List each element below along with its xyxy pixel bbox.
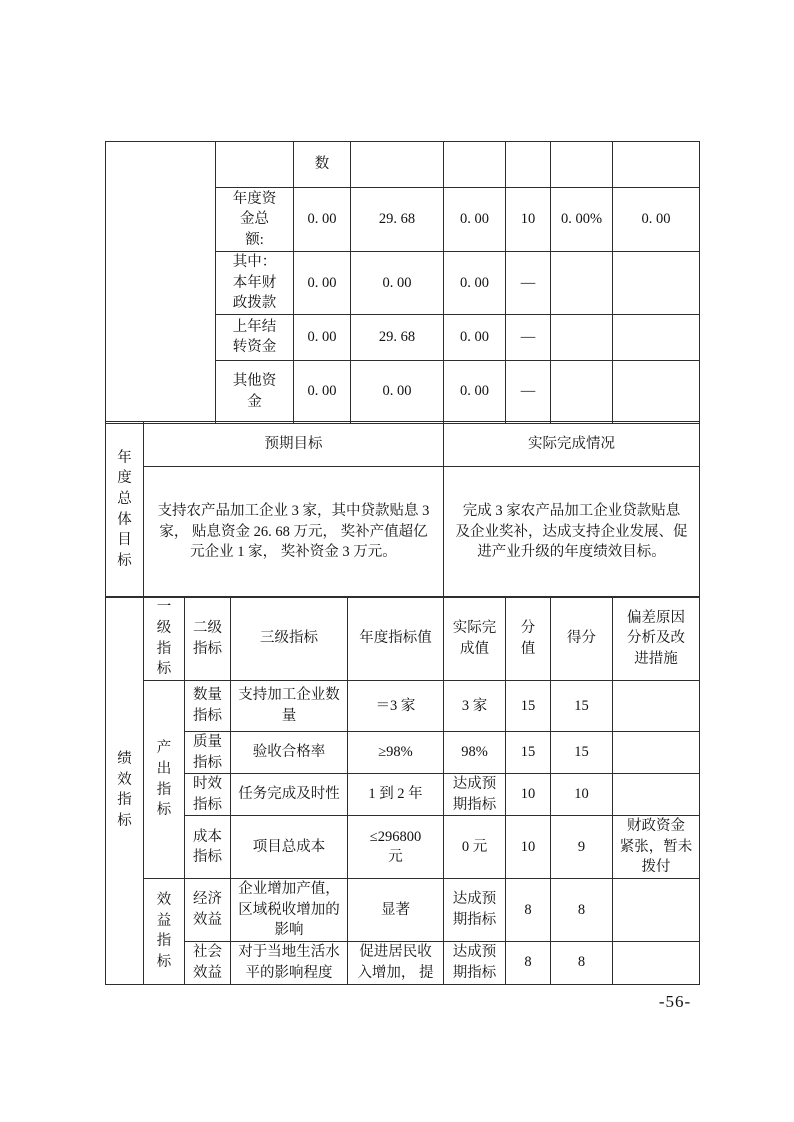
funding-value: — [506, 252, 551, 315]
empty-cell [351, 142, 444, 188]
empty-cell [551, 142, 613, 188]
performance-table: 绩 效 指 标 一 级 指 标 二级 指标 三级指标 年度指标值 实际完 成值 … [105, 596, 700, 985]
perf-deviation [613, 774, 700, 816]
perf-header-score: 得分 [551, 597, 613, 681]
perf-level2: 社会 效益 [185, 941, 231, 984]
actual-completion-text: 完成 3 家农产品加工企业贷款贴息 及企业奖补，达成支持企业发展、促 进产业升级… [444, 467, 700, 598]
table-row: 绩 效 指 标 一 级 指 标 二级 指标 三级指标 年度指标值 实际完 成值 … [106, 597, 700, 681]
table-row: 社会 效益 对于当地生活水 平的影响程度 促进居民收 入增加， 提 达成预 期指… [106, 941, 700, 984]
funding-spacer-cell [106, 142, 216, 424]
perf-target: ＝3 家 [348, 681, 444, 732]
perf-level3: 企业增加产值， 区域税收增加的 影响 [231, 879, 348, 942]
funding-row-label: 其中： 本年财 政拨款 [216, 252, 294, 315]
perf-header-points: 分 值 [506, 597, 551, 681]
funding-value [551, 360, 613, 423]
perf-header-level3: 三级指标 [231, 597, 348, 681]
expected-goal-text: 支持农产品加工企业 3 家，其中贷款贴息 3 家， 贴息资金 26. 68 万元… [144, 467, 444, 598]
perf-deviation [613, 941, 700, 984]
table-row: 年 度 总 体 目 标 预期目标 实际完成情况 [106, 422, 700, 467]
perf-header-actual: 实际完 成值 [444, 597, 506, 681]
funding-value: 0. 00 [351, 252, 444, 315]
perf-level2: 时效 指标 [185, 774, 231, 816]
expected-goal-header: 预期目标 [144, 422, 444, 467]
perf-actual: 98% [444, 732, 506, 774]
funding-value: 29. 68 [351, 188, 444, 252]
table-row: 质量 指标 验收合格率 ≥98% 98% 15 15 [106, 732, 700, 774]
perf-points: 8 [506, 879, 551, 942]
perf-deviation [613, 732, 700, 774]
table-row: 时效 指标 任务完成及时性 1 到 2 年 达成预 期指标 10 10 [106, 774, 700, 816]
funding-value: 0. 00 [444, 188, 506, 252]
funding-value: 0. 00 [351, 360, 444, 423]
perf-deviation [613, 879, 700, 942]
funding-row-label: 其他资 金 [216, 360, 294, 423]
funding-value [551, 314, 613, 360]
funding-header-tail-cell: 数 [294, 142, 351, 188]
perf-points: 10 [506, 774, 551, 816]
empty-cell [506, 142, 551, 188]
perf-target: 显著 [348, 879, 444, 942]
annual-goal-table: 年 度 总 体 目 标 预期目标 实际完成情况 支持农产品加工企业 3 家，其中… [105, 421, 700, 598]
table-row: 数 [106, 142, 700, 188]
table-row: 产 出 指 标 数量 指标 支持加工企业数 量 ＝3 家 3 家 15 15 [106, 681, 700, 732]
perf-level1-output: 产 出 指 标 [144, 681, 185, 879]
perf-actual: 达成预 期指标 [444, 774, 506, 816]
perf-level3: 项目总成本 [231, 816, 348, 879]
funding-value [551, 252, 613, 315]
perf-points: 15 [506, 732, 551, 774]
table-row: 成本 指标 项目总成本 ≤296800 元 0 元 10 9 财政资金 紧张，暂… [106, 816, 700, 879]
empty-cell [613, 142, 700, 188]
perf-target: ≥98% [348, 732, 444, 774]
perf-points: 10 [506, 816, 551, 879]
perf-target: ≤296800 元 [348, 816, 444, 879]
funding-value: 10 [506, 188, 551, 252]
funding-table: 数 年度资 金总 额: 0. 00 29. 68 0. 00 10 0. 00%… [105, 141, 700, 424]
document-page: 数 年度资 金总 额: 0. 00 29. 68 0. 00 10 0. 00%… [0, 0, 794, 1122]
funding-value: 0. 00 [444, 360, 506, 423]
funding-value: 0. 00 [294, 188, 351, 252]
funding-value: 29. 68 [351, 314, 444, 360]
perf-level3: 验收合格率 [231, 732, 348, 774]
table-row: 支持农产品加工企业 3 家，其中贷款贴息 3 家， 贴息资金 26. 68 万元… [106, 467, 700, 598]
funding-row-label: 上年结 转资金 [216, 314, 294, 360]
funding-value [613, 252, 700, 315]
perf-score: 10 [551, 774, 613, 816]
perf-level3: 支持加工企业数 量 [231, 681, 348, 732]
perf-header-level1: 一 级 指 标 [144, 597, 185, 681]
perf-level2: 经济 效益 [185, 879, 231, 942]
perf-actual: 达成预 期指标 [444, 941, 506, 984]
actual-completion-header: 实际完成情况 [444, 422, 700, 467]
perf-deviation [613, 681, 700, 732]
funding-value: 0. 00 [294, 252, 351, 315]
perf-level2: 质量 指标 [185, 732, 231, 774]
perf-header-deviation: 偏差原因 分析及改 进措施 [613, 597, 700, 681]
funding-value [613, 314, 700, 360]
perf-score: 8 [551, 941, 613, 984]
funding-value: 0. 00 [613, 188, 700, 252]
annual-goal-label: 年 度 总 体 目 标 [106, 422, 144, 598]
perf-header-target: 年度指标值 [348, 597, 444, 681]
perf-score: 15 [551, 732, 613, 774]
perf-level2: 数量 指标 [185, 681, 231, 732]
funding-value [613, 360, 700, 423]
perf-deviation: 财政资金 紧张，暂未 拨付 [613, 816, 700, 879]
empty-cell [444, 142, 506, 188]
perf-points: 8 [506, 941, 551, 984]
funding-value: — [506, 360, 551, 423]
perf-header-level2: 二级 指标 [185, 597, 231, 681]
perf-level1-benefit: 效 益 指 标 [144, 879, 185, 985]
perf-actual: 达成预 期指标 [444, 879, 506, 942]
funding-row-label: 年度资 金总 额: [216, 188, 294, 252]
perf-points: 15 [506, 681, 551, 732]
funding-value: 0. 00 [444, 252, 506, 315]
funding-value: — [506, 314, 551, 360]
funding-value: 0. 00% [551, 188, 613, 252]
perf-actual: 0 元 [444, 816, 506, 879]
page-number: -56- [640, 992, 710, 1012]
funding-value: 0. 00 [294, 360, 351, 423]
funding-label-spacer-cell [216, 142, 294, 188]
perf-level3: 任务完成及时性 [231, 774, 348, 816]
perf-level3: 对于当地生活水 平的影响程度 [231, 941, 348, 984]
perf-actual: 3 家 [444, 681, 506, 732]
funding-value: 0. 00 [444, 314, 506, 360]
table-row: 效 益 指 标 经济 效益 企业增加产值， 区域税收增加的 影响 显著 达成预 … [106, 879, 700, 942]
funding-value: 0. 00 [294, 314, 351, 360]
perf-score: 8 [551, 879, 613, 942]
perf-score: 15 [551, 681, 613, 732]
perf-level2: 成本 指标 [185, 816, 231, 879]
perf-target: 1 到 2 年 [348, 774, 444, 816]
perf-section-label: 绩 效 指 标 [106, 597, 144, 985]
perf-target: 促进居民收 入增加， 提 [348, 941, 444, 984]
perf-score: 9 [551, 816, 613, 879]
